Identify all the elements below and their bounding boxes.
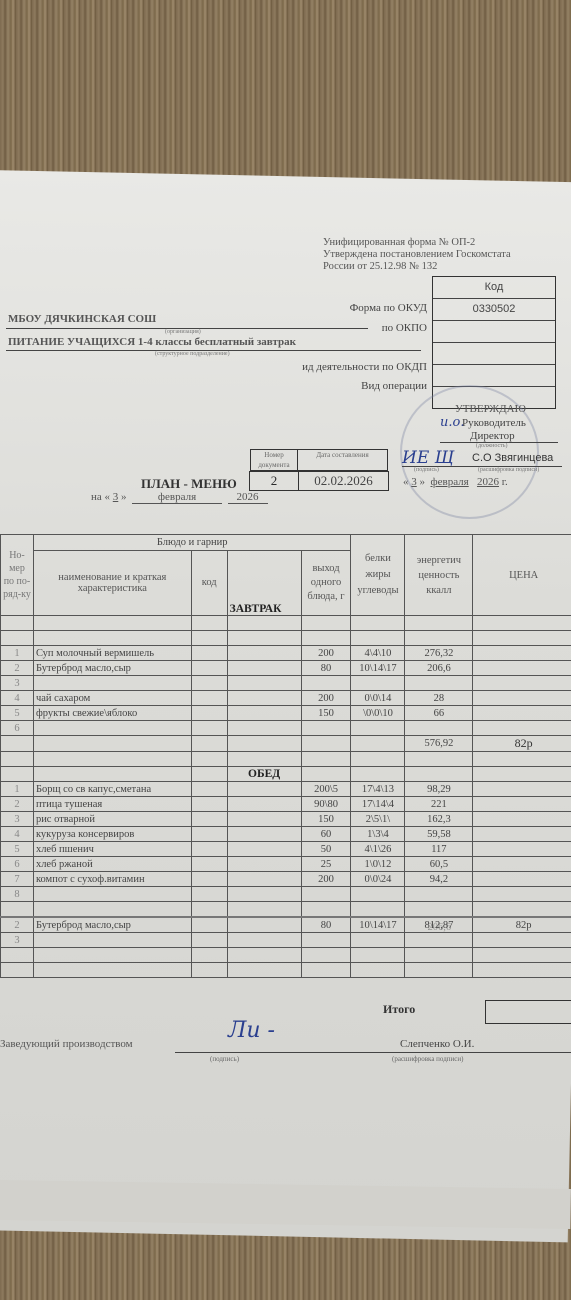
dish-name: птица тушеная: [33, 797, 191, 812]
col-header-yield: выход одного блюда, г: [301, 550, 351, 615]
total-label: Итого: [383, 1002, 415, 1017]
blank-cell: [405, 631, 473, 646]
dish-kcal: 276,32: [405, 646, 473, 661]
dish-bju: 1\0\12: [351, 857, 405, 872]
dish-name: чай сахаром: [33, 691, 191, 706]
table-row: 6хлеб ржаной251\0\1260,5: [1, 857, 571, 872]
table-row: 6: [1, 721, 571, 736]
col-header-dish-group: Блюдо и гарнир: [33, 535, 351, 551]
dish-name: хлеб ржаной: [33, 857, 191, 872]
blank-cell: [227, 631, 301, 646]
approval-name: С.О Звягинцева: [472, 452, 553, 464]
dish-kcal: [405, 887, 473, 902]
manager-signature: Ли -: [228, 1018, 275, 1043]
okpo-value: [433, 321, 555, 343]
overprint-kcal-under: 206,6: [427, 922, 451, 933]
blank-cell: [33, 616, 191, 631]
code-cell: [191, 872, 227, 887]
organization-caption: (организация): [165, 329, 201, 335]
dish-kcal: 66: [405, 706, 473, 721]
position-caption: (должность): [476, 443, 508, 449]
table-row: 4кукуруза консервиров601\3\459,58: [1, 827, 571, 842]
col-header-num: Но-мер по по-ряд-ку: [1, 535, 34, 616]
for-year: 2026: [228, 491, 268, 504]
okud-label: Форма по ОКУД: [350, 302, 427, 314]
code-cell: [191, 827, 227, 842]
okud-value: 0330502: [433, 299, 555, 321]
doc-date: 02.02.2026: [298, 471, 389, 491]
blank-cell: [351, 616, 405, 631]
code-cell: [191, 797, 227, 812]
blank-cell: [227, 827, 301, 842]
table-row: 3: [1, 676, 571, 691]
okpo-label: по ОКПО: [382, 322, 427, 334]
dish-yield: 200: [301, 691, 351, 706]
blank-cell: [227, 782, 301, 797]
form-header-line2: Утверждена постановлением Госкомстата: [323, 249, 511, 261]
code-cell: [191, 857, 227, 872]
dish-bju: [351, 887, 405, 902]
organization-name: МБОУ ДЯЧКИНСКАЯ СОШ: [8, 313, 156, 325]
form-header: Унифицированная форма № ОП-2 Утверждена …: [323, 237, 511, 273]
dish-price: [473, 782, 571, 797]
dish-bju: 4\1\26: [351, 842, 405, 857]
dish-kcal: 221: [405, 797, 473, 812]
row-num: 3: [1, 812, 34, 827]
table-row: 4чай сахаром2000\0\1428: [1, 691, 571, 706]
blank-cell: [227, 616, 301, 631]
for-prefix: на: [91, 491, 102, 503]
form-header-line3: России от 25.12.98 № 132: [323, 261, 511, 273]
table-row: 5хлеб пшенич504\1\26117: [1, 842, 571, 857]
dish-bju: 0\0\24: [351, 872, 405, 887]
footer-underline: [175, 1052, 571, 1053]
blank-row: [1, 963, 571, 978]
footer-role: Заведующий производством: [0, 1038, 133, 1050]
dish-yield: 200\5: [301, 782, 351, 797]
for-day: 3: [113, 491, 119, 503]
breakfast-total-price: 82р: [473, 736, 571, 752]
blank-cell: [301, 616, 351, 631]
dish-price: [473, 797, 571, 812]
dish-yield: 150: [301, 706, 351, 721]
blank-cell: [227, 661, 301, 676]
dish-price: [473, 827, 571, 842]
code-cell: [191, 646, 227, 661]
approval-position1: Руководитель: [462, 417, 526, 429]
approval-position2: Директор: [470, 430, 515, 442]
blank-cell: [1, 616, 34, 631]
row-num: 1: [1, 646, 34, 661]
code-cell: [191, 706, 227, 721]
row-num: 7: [1, 872, 34, 887]
dish-yield: [301, 721, 351, 736]
dish-name: компот с сухоф.витамин: [33, 872, 191, 887]
dish-price: [473, 872, 571, 887]
dish-kcal: 60,5: [405, 857, 473, 872]
dish-name: хлеб пшенич: [33, 842, 191, 857]
total-value-box: [485, 1000, 571, 1024]
dish-bju: [351, 676, 405, 691]
table-row: 2птица тушеная90\8017\14\4221: [1, 797, 571, 812]
row-num: 3: [1, 676, 34, 691]
dish-bju: 17\4\13: [351, 782, 405, 797]
dish-bju: 1\3\4: [351, 827, 405, 842]
dish-name: рис отварной: [33, 812, 191, 827]
dish-name: [33, 887, 191, 902]
division-name: ПИТАНИЕ УЧАЩИХСЯ 1-4 классы бесплатный з…: [8, 336, 296, 348]
dish-bju: 17\14\4: [351, 797, 405, 812]
header-row-1: Но-мер по по-ряд-ку Блюдо и гарнир белки…: [1, 535, 571, 551]
dish-yield: 60: [301, 827, 351, 842]
table-row: 5фрукты свежие\яблоко150\0\0\1066: [1, 706, 571, 721]
table-row: 2Бутерброд масло,сыр8010\14\17206,6: [1, 661, 571, 676]
footer-name-caption: (расшифровка подписи): [392, 1055, 463, 1063]
blank-code: [433, 343, 555, 365]
dish-name: [33, 721, 191, 736]
doc-number-header: Номер документа: [250, 449, 298, 471]
dish-price: [473, 812, 571, 827]
row-num: 5: [1, 706, 34, 721]
overprint-yield: 80: [301, 917, 351, 933]
dish-price: [473, 887, 571, 902]
doc-date-header: Дата составления: [297, 449, 388, 471]
dish-bju: 4\4\10: [351, 646, 405, 661]
document-for-date: на « 3 » февраля 2026: [91, 491, 268, 504]
overprint-row: 2 Бутерброд масло,сыр 80 10\14\17 812,87…: [1, 917, 571, 933]
dish-yield: 50: [301, 842, 351, 857]
division-caption: (структурное подразделение): [155, 351, 230, 357]
blank-cell: [473, 631, 571, 646]
table-row: 7компот с сухоф.витамин2000\0\2494,2: [1, 872, 571, 887]
breakfast-section-cell: ЗАВТРАК: [227, 550, 301, 615]
document-title: ПЛАН - МЕНЮ: [141, 476, 237, 492]
row-num: 5: [1, 842, 34, 857]
dish-name: Суп молочный вермишель: [33, 646, 191, 661]
dish-price: [473, 676, 571, 691]
dish-kcal: 162,3: [405, 812, 473, 827]
dish-yield: [301, 887, 351, 902]
code-cell: [191, 782, 227, 797]
blank-cell: [227, 721, 301, 736]
approval-name-caption: (расшифровка подписи): [478, 467, 539, 473]
blank-cell: [227, 842, 301, 857]
dish-kcal: 98,29: [405, 782, 473, 797]
dish-yield: 200: [301, 646, 351, 661]
blank-cell: [227, 676, 301, 691]
menu-table: Но-мер по по-ряд-ку Блюдо и гарнир белки…: [0, 534, 571, 978]
blank-cell: [301, 631, 351, 646]
dish-price: [473, 661, 571, 676]
breakfast-total-kcal: 576,92: [405, 736, 473, 752]
spacer-row: [1, 902, 571, 918]
code-cell: [191, 661, 227, 676]
col-header-bju: белки жиры углеводы: [351, 535, 405, 616]
code-header: Код: [433, 277, 555, 299]
row-num: 6: [1, 721, 34, 736]
overprint-kcal-cell: 812,87 206,6: [405, 917, 473, 933]
dish-yield: 90\80: [301, 797, 351, 812]
dish-bju: [351, 721, 405, 736]
blank-row: [1, 616, 571, 631]
dish-yield: 200: [301, 872, 351, 887]
blank-cell: [227, 812, 301, 827]
spacer-row: [1, 752, 571, 767]
overprint-bju: 10\14\17: [351, 917, 405, 933]
blank-cell: [351, 631, 405, 646]
overprint-next-num: 3: [1, 933, 34, 948]
blank-cell: [227, 857, 301, 872]
approval-year-suffix: г.: [502, 476, 508, 488]
col-header-name: наименование и краткая характеристика: [33, 550, 191, 615]
approval-year: 2026: [477, 476, 499, 488]
blank-cell: [227, 887, 301, 902]
blank-row: [1, 631, 571, 646]
dish-name: кукуруза консервиров: [33, 827, 191, 842]
okdp-label: ид деятельности по ОКДП: [302, 361, 427, 373]
dish-bju: 2\5\1\: [351, 812, 405, 827]
form-header-line1: Унифицированная форма № ОП-2: [323, 237, 511, 249]
dish-kcal: 28: [405, 691, 473, 706]
code-cell: [191, 842, 227, 857]
row-num: 4: [1, 691, 34, 706]
blank-cell: [405, 616, 473, 631]
approval-handwritten-position: и.о.: [440, 415, 464, 430]
blank-cell: [227, 872, 301, 887]
dish-yield: [301, 676, 351, 691]
dish-price: [473, 857, 571, 872]
dish-kcal: 94,2: [405, 872, 473, 887]
dish-price: [473, 721, 571, 736]
dish-name: фрукты свежие\яблоко: [33, 706, 191, 721]
table-row: 1Борщ со св капус,сметана200\517\4\1398,…: [1, 782, 571, 797]
row-num: 4: [1, 827, 34, 842]
breakfast-section: 1Суп молочный вермишель2004\4\10276,322Б…: [1, 616, 571, 736]
dish-yield: 25: [301, 857, 351, 872]
dish-price: [473, 706, 571, 721]
approval-date: « 3 » февраля 2026 г.: [403, 476, 508, 488]
overprint-next-row: 3: [1, 933, 571, 948]
code-cell: [191, 812, 227, 827]
blank-row: [1, 948, 571, 963]
blank-cell: [1, 631, 34, 646]
blank-cell: [227, 706, 301, 721]
overprint-name: Бутерброд масло,сыр: [33, 917, 191, 933]
breakfast-total-row: 576,92 82р: [1, 736, 571, 752]
approval-title: УТВЕРЖДАЮ: [455, 403, 526, 415]
dish-name: Бутерброд масло,сыр: [33, 661, 191, 676]
col-header-code: код: [191, 550, 227, 615]
footer-name: Слепченко О.И.: [400, 1038, 474, 1050]
row-num: 6: [1, 857, 34, 872]
blank-cell: [191, 616, 227, 631]
for-month: февраля: [132, 491, 222, 504]
dish-name: Борщ со св капус,сметана: [33, 782, 191, 797]
dish-kcal: 59,58: [405, 827, 473, 842]
dish-bju: 10\14\17: [351, 661, 405, 676]
blank-cell: [227, 646, 301, 661]
dish-price: [473, 842, 571, 857]
dish-yield: 80: [301, 661, 351, 676]
doc-number: 2: [249, 471, 299, 491]
lunch-section: 1Борщ со св капус,сметана200\517\4\1398,…: [1, 782, 571, 902]
blank-cell: [227, 797, 301, 812]
code-cell: [191, 691, 227, 706]
dish-kcal: 206,6: [405, 661, 473, 676]
col-header-energy: энергетич ценность ккалл: [405, 535, 473, 616]
blank-cell: [473, 616, 571, 631]
breakfast-label: ЗАВТРАК: [230, 603, 282, 615]
col-header-price: ЦЕНА: [473, 535, 571, 616]
lunch-label: ОБЕД: [248, 768, 280, 780]
dish-kcal: [405, 676, 473, 691]
dish-yield: 150: [301, 812, 351, 827]
code-cell: [191, 887, 227, 902]
overprint-num: 2: [1, 917, 34, 933]
approval-day: 3: [411, 476, 417, 488]
dish-price: [473, 691, 571, 706]
approval-signature-caption: (подпись): [414, 467, 439, 473]
dish-name: [33, 676, 191, 691]
blank-cell: [227, 691, 301, 706]
dish-bju: 0\0\14: [351, 691, 405, 706]
lunch-section-row: ОБЕД: [1, 767, 571, 782]
footer-signature-caption: (подпись): [210, 1055, 239, 1063]
overprint-price: 82р: [473, 917, 571, 933]
row-num: 2: [1, 797, 34, 812]
code-cell: [191, 676, 227, 691]
row-num: 8: [1, 887, 34, 902]
blank-cell: [33, 631, 191, 646]
operation-label: Вид операции: [361, 380, 427, 392]
code-cell: [191, 721, 227, 736]
blank-cell: [191, 631, 227, 646]
table-row: 8: [1, 887, 571, 902]
table-row: 3рис отварной1502\5\1\162,3: [1, 812, 571, 827]
dish-price: [473, 646, 571, 661]
table-row: 1Суп молочный вермишель2004\4\10276,32: [1, 646, 571, 661]
dish-kcal: 117: [405, 842, 473, 857]
dish-bju: \0\0\10: [351, 706, 405, 721]
director-signature: ИЕ Щ: [402, 448, 454, 468]
row-num: 2: [1, 661, 34, 676]
okdp-value: [433, 365, 555, 387]
approval-month: февраля: [431, 476, 469, 488]
row-num: 1: [1, 782, 34, 797]
dish-kcal: [405, 721, 473, 736]
